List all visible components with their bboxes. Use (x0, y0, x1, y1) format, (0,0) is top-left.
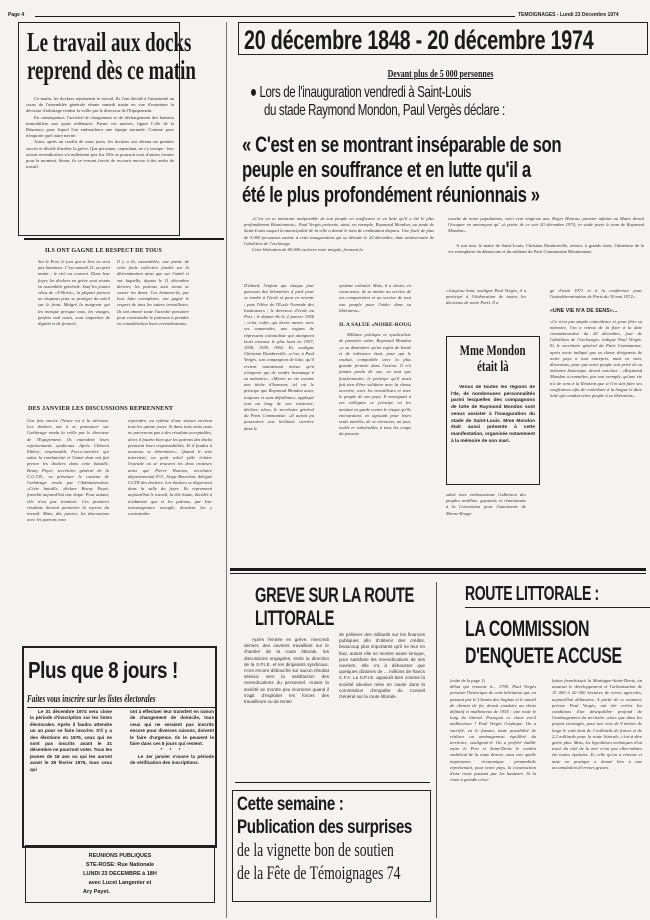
commission-col1: (suite de la page 1) début qui remonte à… (450, 678, 536, 914)
section2-col1: Une fois encore l'heure est à la décisio… (27, 418, 109, 625)
commission-headline-line3: D'ENQUETE ACCUSE (465, 644, 622, 668)
elections-subhead: Faites vous inscrire sur les listes élec… (27, 689, 216, 708)
col4-text: ge d'août 1971 et à la conférence pour l… (550, 288, 642, 300)
strike-col2-text: de prélever des milliards sur les financ… (339, 632, 425, 700)
lead-right-text: couche de notre populations, voici cent … (448, 216, 644, 235)
anniversary-deck: ● Lors de l'inauguration vendredi à Sain… (250, 84, 599, 120)
docks-intro-p2: En conséquence, l'activité de chargement… (26, 115, 174, 140)
anniversary-col1: D'abord, l'enfant qui chaque jour parcou… (244, 283, 314, 563)
section1-col2: Il y a là, rassemblée, une partie de cet… (117, 259, 189, 389)
commission-headline-2: LA COMMISSION D'ENQUETE ACCUSE (465, 617, 650, 671)
paper-name: TEMOIGNAGES (518, 12, 556, 18)
anniversary-col2: système colonial. Mais, il a choisi, en … (339, 283, 411, 563)
docks-intro-p3: Ainsi, après un conflit de onze jours, l… (26, 139, 174, 170)
elections-col2-text: ont à effectuer leur transfert en raison… (130, 709, 214, 747)
anniversary-col3: «Jusqu'au bout, souligne Paul Vergès, il… (446, 288, 526, 324)
mondon-body: Venus de toutes les régions de l'Ile, de… (451, 385, 535, 483)
page-number: Page 4 (8, 12, 24, 18)
elections-col2: ont à effectuer leur transfert en raison… (130, 709, 214, 827)
masthead-paper-date: TEMOIGNAGES - Lundi 23 Décembre 1974 (518, 12, 619, 18)
strike-col2: de prélever des milliards sur les financ… (339, 632, 425, 748)
strike-headline-line2: LITTORALE (255, 608, 334, 629)
commission-col2-text: lation franchissait la Montagne-Saint-De… (552, 678, 642, 771)
deck-line1: ● Lors de l'inauguration vendredi à Sain… (250, 84, 471, 102)
docks-headline-line1: Le travail aux docks (27, 28, 191, 56)
issue-date: Lundi 23 Décembre 1974 (560, 12, 619, 18)
mondon-body-text: Venus de toutes les régions de l'Ile, de… (451, 385, 535, 445)
section-divider-thin (230, 573, 646, 574)
commission-col1-text: début qui remonte à... 1790. Paul Vergès… (450, 684, 536, 783)
col4-text-b: «Ce n'est pas simple coïncidence si, pou… (550, 319, 642, 400)
section-divider-heavy (230, 568, 646, 571)
col2-text: système colonial. Mais, il a choisi, en … (339, 283, 411, 314)
quote-line1: « C'est en se montrant inséparable de so… (242, 134, 561, 156)
vignette-line1: Cette semaine : (237, 794, 343, 816)
col2-subtitle: IL A SALUE «NOIRE-ROUGE» (339, 322, 411, 328)
vignette-content: Cette semaine : Publication des surprise… (237, 794, 464, 886)
vignette-line4: de la Fête de Témoignages 74 (237, 863, 400, 885)
elections-col1-text: Le 31 décembre 1974 sera close la périod… (30, 709, 112, 773)
meetings-line4: Ary Payet. (25, 888, 215, 897)
docks-headline-line2: reprend dès ce matin (27, 56, 196, 84)
section2-title: DES JANVIER LES DISCUSSIONS REPRENNENT (28, 405, 173, 412)
commission-headline-line2: LA COMMISSION (465, 617, 589, 641)
section1-title: ILS ONT GAGNE LE RESPECT DE TOUS (45, 248, 162, 254)
strike-col1-text: Après l'entrée en grève, mercredi dernie… (244, 637, 329, 705)
lead-text-2: Cette libération de 60 000 esclaves rest… (244, 247, 434, 253)
anniversary-lead-right: couche de notre populations, voici cent … (448, 216, 644, 276)
col2-text-b: Militant politique et syndicaliste de pr… (339, 332, 411, 437)
strike-divider (235, 782, 430, 783)
docks-intro-p1: Ce matin, les dockers reprennent le trav… (26, 96, 174, 115)
deck-line2: du stade Raymond Mondon, Paul Vergès déc… (264, 102, 505, 120)
docks-divider (24, 238, 224, 240)
meetings-title: REUNIONS PUBLIQUES (25, 852, 215, 861)
vignette-line2: Publication des surprises (237, 817, 412, 839)
mondon-title: Mme Mondon était là (446, 343, 540, 375)
section2-col2: reprendre, au rythme d'une séance enviro… (128, 418, 212, 630)
anniversary-quote: « C'est en se montrant inséparable de so… (242, 134, 650, 209)
section1-col1: Sur le Port, le jour qui se lève ne sera… (38, 259, 110, 389)
docks-intro: Ce matin, les dockers reprennent le trav… (26, 96, 174, 232)
col4-subtitle: «UNE VIE N'A DE SENS»... (550, 308, 642, 314)
column-separator-left (226, 22, 227, 918)
strike-headline: GREVE SUR LA ROUTE LITTORALE (255, 585, 482, 631)
lead-text: «C'est en se montrant inséparable de son… (244, 216, 434, 247)
vignette-line3: de la vignette bon de soutien (237, 840, 394, 862)
strike-headline-line1: GREVE SUR LA ROUTE (255, 585, 414, 606)
lead-right-text-2: A son tour, le maire de Saint-Louis, Chr… (448, 243, 644, 255)
masthead-rule (35, 16, 515, 17)
commission-headline-1: ROUTE LITTORALE : (465, 583, 650, 608)
meetings-line3: avec Lucet Langenier et (25, 879, 215, 888)
meetings-content: REUNIONS PUBLIQUES STE-ROSE: Rue Nationa… (25, 852, 215, 897)
anniversary-lead: «C'est en se montrant inséparable de son… (244, 216, 434, 274)
elections-col2b-text: Le 1er janvier s'ouvre la période de vér… (130, 754, 214, 767)
anniversary-kicker: Devant plus de 5 000 personnes (230, 64, 650, 82)
quote-line3: été le plus profondément réunionnais » (242, 184, 540, 206)
elections-headline: Plus que 8 jours ! (28, 657, 211, 684)
commission-col2: lation franchissait la Montagne-Saint-De… (552, 678, 642, 914)
meetings-line1: STE-ROSE: Rue Nationale (25, 861, 215, 870)
meetings-line2: LUNDI 23 DECEMBRE à 18H (25, 870, 215, 879)
anniversary-banner: 20 décembre 1848 - 20 décembre 1974 (244, 25, 650, 56)
strike-col1: Après l'entrée en grève, mercredi dernie… (244, 637, 329, 749)
elections-col1: Le 31 décembre 1974 sera close la périod… (30, 709, 112, 827)
quote-line2: peuple en souffrance et en lutte qu'il a (242, 159, 531, 181)
anniversary-col4: ge d'août 1971 et à la conférence pour l… (550, 288, 642, 563)
anniversary-col3b: salué avec enthousiasme l'adhésion des p… (446, 492, 526, 562)
